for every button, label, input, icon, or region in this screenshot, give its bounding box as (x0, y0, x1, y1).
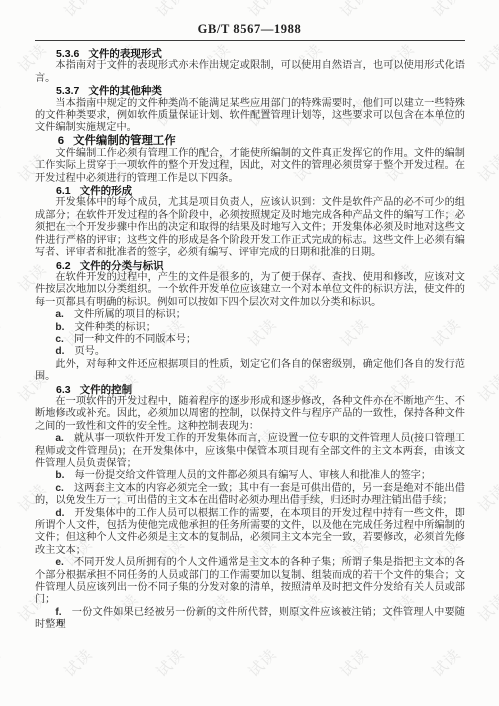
standard-number-header: GB/T 8567—1988 (0, 0, 499, 37)
section-number: 5.3.6 (56, 48, 79, 60)
section-number: 6.1 (56, 185, 71, 197)
list-item-label: b. (55, 322, 64, 333)
list-item: e.不同开发人员所拥有的个人文件通常是主文本的各种子集；所谓子集是指把主文本的各… (35, 557, 465, 607)
watermark-text: 试读 (0, 204, 5, 241)
watermark-text: 试读 (0, 94, 5, 131)
section-title: 文件的表现形式 (88, 48, 162, 60)
list-item-label: d. (55, 346, 64, 357)
chapter-title: 文件编制的管理工作 (73, 135, 176, 147)
list-item-label: c. (55, 334, 64, 345)
list-item: a.就从事一项软件开发工作的开发集体而言，应设置一位专职的文件管理人员(接口管理… (35, 433, 465, 470)
list-item-text: 就从事一项软件开发工作的开发集体而言，应设置一位专职的文件管理人员(接口管理工程… (35, 433, 465, 469)
list-item: d.开发集体中的工作人员可以根据工作的需要，在本项目的开发过程中持有一些文件，即… (35, 508, 465, 558)
list-item-label: e. (55, 557, 64, 568)
section-heading: 5.3.6文件的表现形式 (35, 48, 465, 60)
list-item-text: 每一份提交给文件管理人员的文件都必须具有编写人、审核人和批准人的签字； (74, 470, 431, 481)
paragraph: 本指南对于文件的表现形式亦未作出规定或限制，可以使用自然语言，也可以使用形式化语… (35, 60, 465, 85)
list-item-label: b. (55, 470, 64, 481)
section-heading: 5.3.7文件的其他种类 (35, 85, 465, 97)
list-item-text: 一份文件如果已经被另一份新的文件所代替，则原文件应该被注销；文件管理人中要随时整… (35, 607, 465, 630)
watermark-text: 试读 (473, 589, 499, 626)
watermark-text: 试读 (427, 644, 464, 681)
list-item-text: 开发集体中的工作人员可以根据工作的需要，在本项目的开发过程中持有一些文件，即所谓… (35, 508, 465, 556)
section-number: 5.3.7 (56, 85, 79, 97)
paragraph: 在一项软件的开发过程中，随着程序的逐步形成和逐步修改，各种文件亦在不断地产生、不… (35, 396, 465, 433)
list-item: c.同一种文件的不同版本号； (35, 334, 465, 346)
paragraph: 此外，对每种文件还应根据项目的性质，划定它们各自的保密级别，确定他们各自的发行范… (35, 359, 465, 384)
list-item-label: c. (55, 483, 64, 494)
chapter-number: 6 (58, 135, 64, 147)
list-item-text: 这两套主文本的内容必须完全一致；其中有一套是可供出借的，另一套是绝对不能出借的，… (35, 483, 465, 506)
chapter-heading: 6文件编制的管理工作 (35, 135, 465, 148)
list-item-text: 同一种文件的不同版本号； (74, 334, 196, 345)
paragraph: 在软件开发的过程中，产生的文件是很多的，为了便于保存、查找、使用和修改，应该对文… (35, 272, 465, 309)
watermark-text: 试读 (151, 644, 188, 681)
watermark-text: 试读 (473, 149, 499, 186)
section-title: 文件的其他种类 (88, 85, 162, 97)
list-item-text: 不同开发人员所拥有的个人文件通常是主文本的各种子集；所谓子集是指把主文本的各个部… (35, 557, 465, 605)
section-heading: 6.3文件的控制 (35, 384, 465, 396)
watermark-text: 试读 (473, 39, 499, 76)
section-title: 文件的分类与标识 (80, 260, 164, 272)
section-title: 文件的控制 (80, 384, 133, 396)
section-number: 6.3 (56, 384, 71, 396)
paragraph: 文件编制工作必须有管理工作的配合，才能使所编制的文件真正发挥它的作用。文件的编制… (35, 148, 465, 185)
section-heading: 6.2文件的分类与标识 (35, 260, 465, 272)
document-page: 试读试读试读试读试读试读试读试读试读试读试读试读试读试读试读试读试读试读试读试读… (0, 0, 499, 706)
list-item: a.文件所属的项目的标识； (35, 309, 465, 321)
watermark-text: 试读 (0, 314, 5, 351)
section-title: 文件的形成 (80, 185, 133, 197)
list-item: b.文件种类的标识； (35, 322, 465, 334)
list-item: d.页号。 (35, 346, 465, 358)
watermark-text: 试读 (59, 644, 96, 681)
header-rule (35, 40, 465, 41)
watermark-text: 试读 (335, 644, 372, 681)
list-item-label: a. (55, 309, 64, 320)
paragraph: 当本指南中规定的文件种类尚不能满足某些应用部门的特殊需要时，他们可以建立一些特殊… (35, 98, 465, 135)
list-item-text: 文件种类的标识； (74, 322, 156, 333)
watermark-text: 试读 (473, 259, 499, 296)
watermark-text: 试读 (0, 644, 5, 681)
watermark-text: 试读 (0, 534, 5, 571)
list-item: b.每一份提交给文件管理人员的文件都必须具有编写人、审核人和批准人的签字； (35, 470, 465, 482)
watermark-text: 试读 (473, 479, 499, 516)
list-item-label: f. (55, 607, 61, 618)
list-item-text: 文件所属的项目的标识； (74, 309, 186, 320)
section-heading: 6.1文件的形成 (35, 185, 465, 197)
document-body: 5.3.6文件的表现形式 本指南对于文件的表现形式亦未作出规定或限制，可以使用自… (35, 48, 465, 632)
paragraph: 开发集体中的每个成员，尤其是项目负责人，应该认识到：文件是软件产品的必不可少的组… (35, 197, 465, 259)
list-item-text: 页号。 (74, 346, 105, 357)
watermark-text: 试读 (243, 644, 280, 681)
list-item-label: a. (55, 433, 64, 444)
page-number: 6 (58, 618, 63, 629)
list-item: f.一份文件如果已经被另一份新的文件所代替，则原文件应该被注销；文件管理人中要随… (35, 607, 465, 632)
watermark-text: 试读 (473, 369, 499, 406)
section-number: 6.2 (56, 260, 71, 272)
watermark-text: 试读 (0, 424, 5, 461)
list-item: c.这两套主文本的内容必须完全一致；其中有一套是可供出借的，另一套是绝对不能出借… (35, 483, 465, 508)
list-item-label: d. (55, 508, 64, 519)
